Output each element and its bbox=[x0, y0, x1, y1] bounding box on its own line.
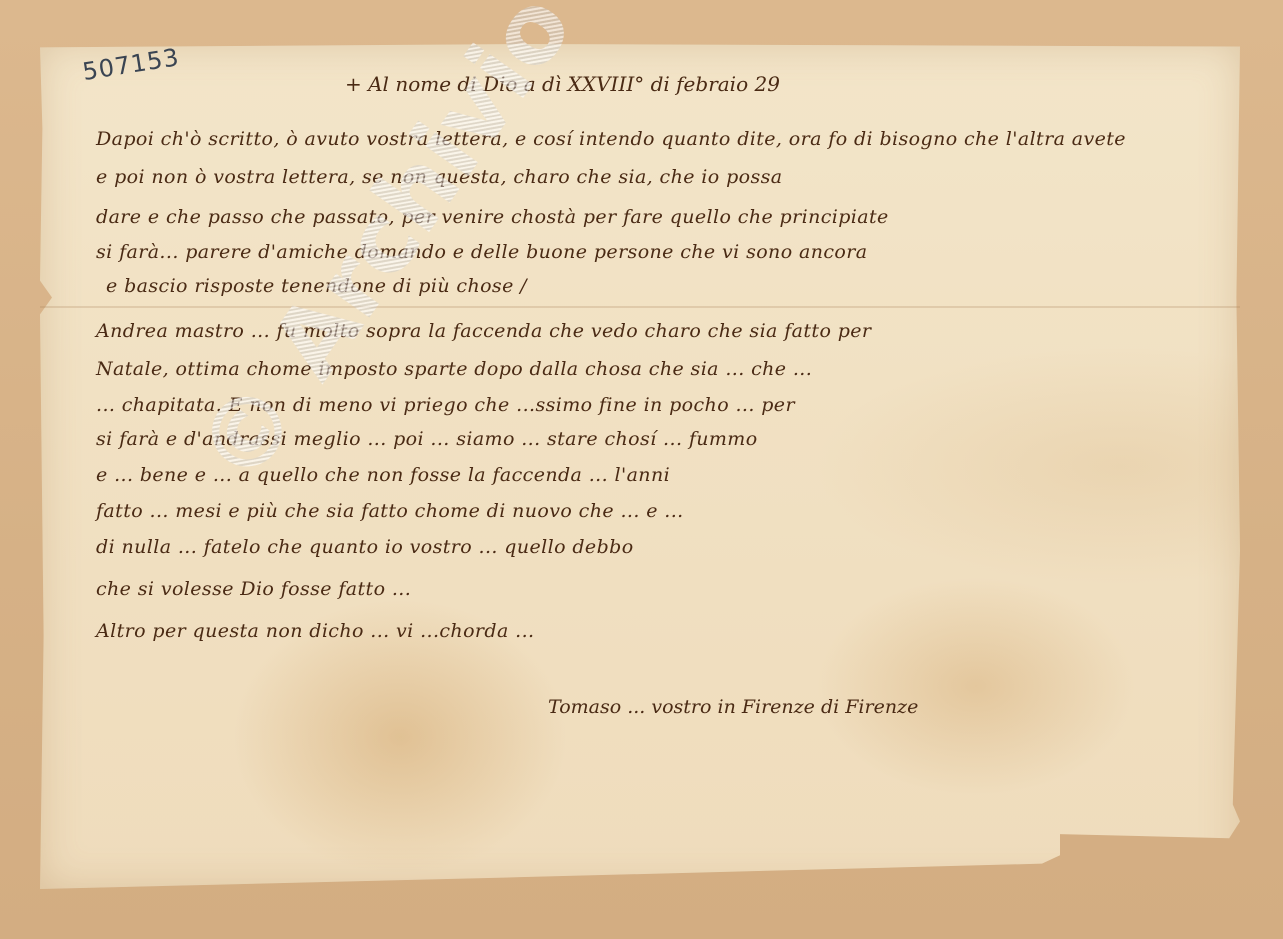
letter-line: si farà... parere d'amiche domando e del… bbox=[96, 241, 867, 263]
letter-line: e poi non ò vostra lettera, se non quest… bbox=[96, 166, 783, 188]
letter-line: che si volesse Dio fosse fatto ... bbox=[96, 578, 411, 600]
letter-line: Andrea mastro ... fu molto sopra la facc… bbox=[96, 320, 871, 342]
letter-line: Dapoi ch'ò scritto, ò avuto vostra lette… bbox=[96, 128, 1126, 150]
letter-line: di nulla ... fatelo che quanto io vostro… bbox=[96, 536, 634, 558]
letter-line: e ... bene e ... a quello che non fosse … bbox=[96, 464, 670, 486]
letter-line: si farà e d'andrassi meglio ... poi ... … bbox=[96, 428, 758, 450]
letter-heading: + Al nome di Dio a dì XXVIII° di febraio… bbox=[345, 72, 780, 96]
paper-fold-crease bbox=[40, 306, 1240, 308]
letter-line: dare e che passo che passato, per venire… bbox=[96, 206, 889, 228]
letter-line: Natale, ottima chome imposto sparte dopo… bbox=[96, 358, 812, 380]
letter-line: ... chapitata. E non di meno vi priego c… bbox=[96, 394, 795, 416]
letter-line: fatto ... mesi e più che sia fatto chome… bbox=[96, 500, 684, 522]
letter-line: e bascio risposte tenendone di più chose… bbox=[106, 275, 527, 297]
signature: Tomaso ... vostro in Firenze di Firenze bbox=[548, 696, 918, 718]
letter-line: Altro per questa non dicho ... vi ...cho… bbox=[96, 620, 534, 642]
